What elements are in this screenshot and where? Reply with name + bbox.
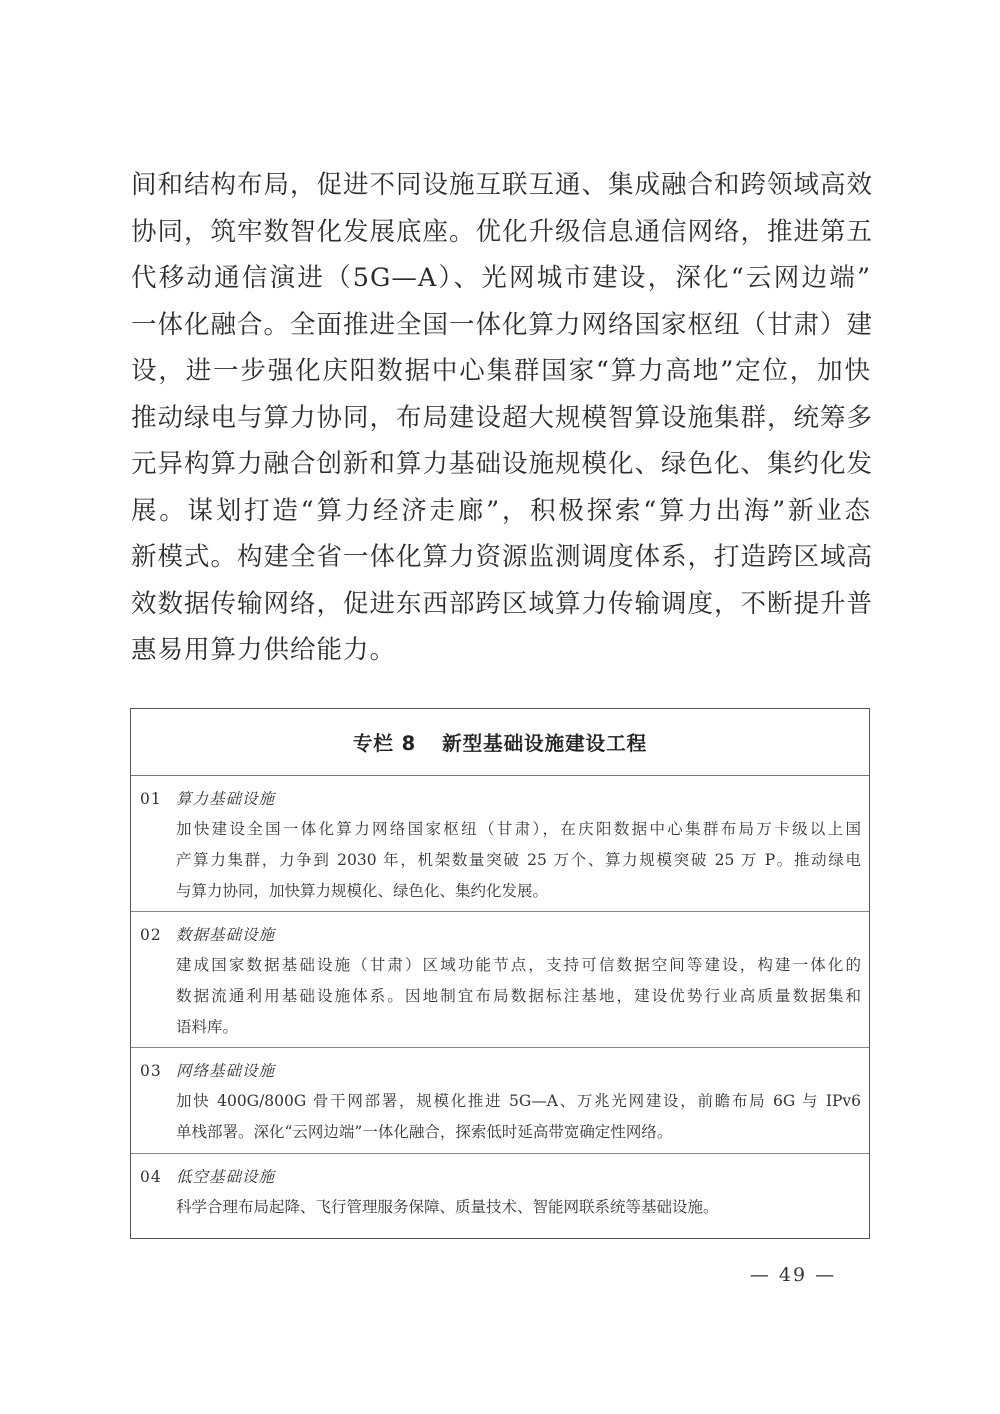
- body-line: 惠易用算力供给能力。: [131, 627, 871, 674]
- box-title-text: 新型基础设施建设工程: [442, 728, 647, 756]
- body-line: 元异构算力融合创新和算力基础设施规模化、绿色化、集约化发: [131, 441, 871, 488]
- body-line: 协同，筑牢数智化发展底座。优化升级信息通信网络，推进第五: [131, 209, 871, 256]
- section-number: 01: [140, 782, 162, 816]
- section-header: 02 数据基础设施: [131, 918, 869, 952]
- body-line: 设，进一步强化庆阳数据中心集群国家“算力高地”定位，加快: [131, 348, 871, 395]
- box-title-number: 专栏 8: [353, 728, 416, 756]
- body-line: 效数据传输网络，促进东西部跨区域算力传输调度，不断提升普: [131, 581, 871, 628]
- section-line: 科学合理布局起降、飞行管理服务保障、质量技术、智能网联系统等基础设施。: [176, 1192, 861, 1223]
- section-header: 03 网络基础设施: [131, 1054, 869, 1088]
- section-body: 加快建设全国一体化算力网络国家枢纽（甘肃），在庆阳数据中心集群布局万卡级以上国 …: [176, 814, 861, 907]
- body-paragraph: 间和结构布局，促进不同设施互联互通、集成融合和跨领域高效 协同，筑牢数智化发展底…: [131, 162, 871, 674]
- box-section-04: 04 低空基础设施 科学合理布局起降、飞行管理服务保障、质量技术、智能网联系统等…: [131, 1154, 869, 1238]
- body-line: 推动绿电与算力协同，布局建设超大规模智算设施集群，统筹多: [131, 395, 871, 442]
- section-line: 语料库。: [176, 1012, 861, 1043]
- box-title: 专栏 8 新型基础设施建设工程: [131, 709, 869, 776]
- section-header: 04 低空基础设施: [131, 1160, 869, 1194]
- body-line: 间和结构布局，促进不同设施互联互通、集成融合和跨领域高效: [131, 162, 871, 209]
- section-line: 加快 400G/800G 骨干网部署，规模化推进 5G—A、万兆光网建设，前瞻布…: [176, 1086, 861, 1117]
- section-number: 02: [140, 918, 162, 952]
- section-number: 03: [140, 1054, 162, 1088]
- body-line: 新模式。构建全省一体化算力资源监测调度体系，打造跨区域高: [131, 534, 871, 581]
- section-line: 与算力协同，加快算力规模化、绿色化、集约化发展。: [176, 876, 861, 907]
- page-number: — 49 —: [738, 1264, 848, 1286]
- body-line: 展。谋划打造“算力经济走廊”，积极探索“算力出海”新业态: [131, 488, 871, 535]
- section-line: 建成国家数据基础设施（甘肃）区域功能节点，支持可信数据空间等建设，构建一体化的: [176, 950, 861, 981]
- section-label: 低空基础设施: [176, 1160, 275, 1194]
- section-body: 科学合理布局起降、飞行管理服务保障、质量技术、智能网联系统等基础设施。: [176, 1192, 861, 1223]
- section-body: 加快 400G/800G 骨干网部署，规模化推进 5G—A、万兆光网建设，前瞻布…: [176, 1086, 861, 1148]
- column-box: 专栏 8 新型基础设施建设工程 01 算力基础设施 加快建设全国一体化算力网络国…: [130, 708, 870, 1239]
- section-line: 单栈部署。深化“云网边端”一体化融合，探索低时延高带宽确定性网络。: [176, 1117, 861, 1148]
- body-line: 一体化融合。全面推进全国一体化算力网络国家枢纽（甘肃）建: [131, 302, 871, 349]
- section-number: 04: [140, 1160, 162, 1194]
- section-line: 加快建设全国一体化算力网络国家枢纽（甘肃），在庆阳数据中心集群布局万卡级以上国: [176, 814, 861, 845]
- box-section-03: 03 网络基础设施 加快 400G/800G 骨干网部署，规模化推进 5G—A、…: [131, 1048, 869, 1154]
- box-section-02: 02 数据基础设施 建成国家数据基础设施（甘肃）区域功能节点，支持可信数据空间等…: [131, 912, 869, 1048]
- section-line: 产算力集群，力争到 2030 年，机架数量突破 25 万个、算力规模突破 25 …: [176, 845, 861, 876]
- section-label: 网络基础设施: [176, 1054, 275, 1088]
- box-section-01: 01 算力基础设施 加快建设全国一体化算力网络国家枢纽（甘肃），在庆阳数据中心集…: [131, 776, 869, 912]
- section-body: 建成国家数据基础设施（甘肃）区域功能节点，支持可信数据空间等建设，构建一体化的 …: [176, 950, 861, 1043]
- body-line: 代移动通信演进（5G—A）、光网城市建设，深化“云网边端”: [131, 255, 871, 302]
- section-header: 01 算力基础设施: [131, 782, 869, 816]
- section-label: 数据基础设施: [176, 918, 275, 952]
- section-line: 数据流通利用基础设施体系。因地制宜布局数据标注基地，建设优势行业高质量数据集和: [176, 981, 861, 1012]
- section-label: 算力基础设施: [176, 782, 275, 816]
